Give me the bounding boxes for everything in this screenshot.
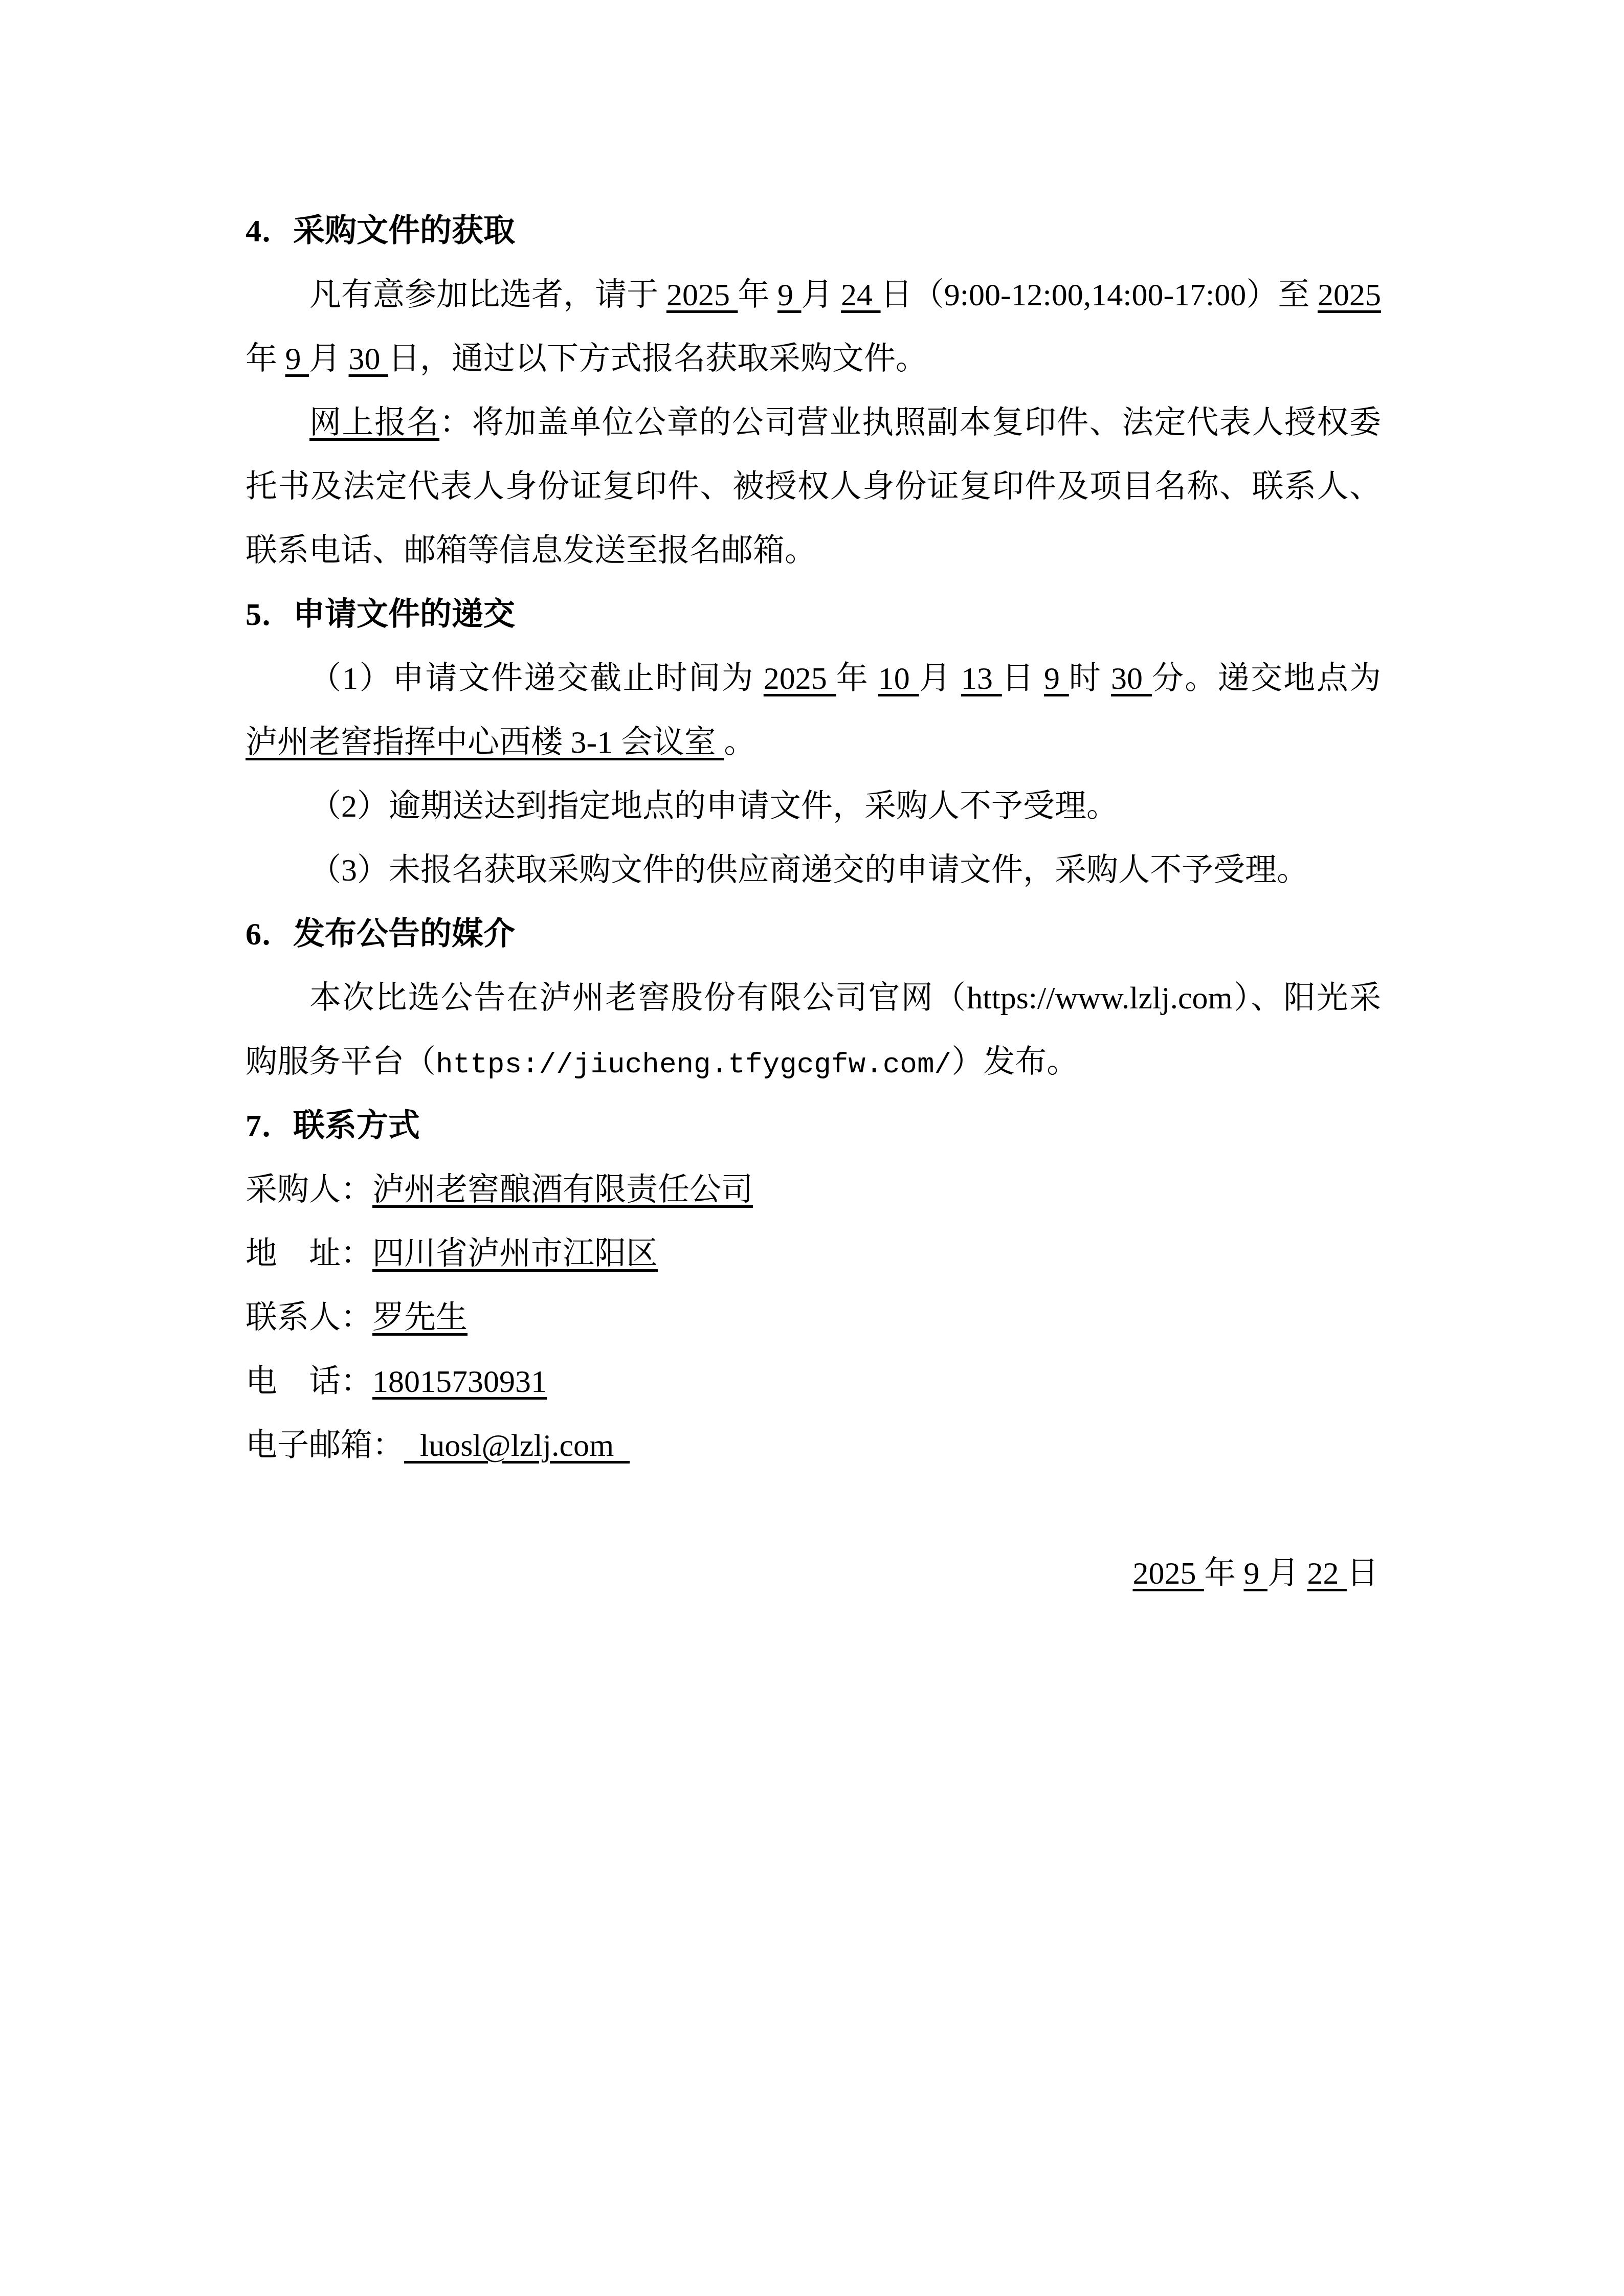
s4-paragraph-2-line-3: 联系电话、邮箱等信息发送至报名邮箱。 (246, 530, 1381, 571)
date-month: 9 (1243, 1556, 1267, 1591)
s5-item-1-line-1: （1）申请文件递交截止时间为 2025 年 10 月 13 日 9 时 30 分… (309, 658, 1381, 699)
s5-item-1-line-2: 泸州老窖指挥中心西楼 3-1 会议室 。 (246, 722, 1381, 763)
section-6-heading: 6．发布公告的媒介 (246, 914, 1381, 955)
section-4-heading: 4．采购文件的获取 (246, 211, 1381, 252)
end-year: 2025 (1318, 278, 1381, 312)
s5-item-3: （3）未报名获取采购文件的供应商递交的申请文件，采购人不予受理。 (309, 850, 1381, 891)
email-link[interactable]: luosl@lzlj.com (404, 1428, 630, 1463)
s4-paragraph-1-line-2: 年 9 月 30 日，通过以下方式报名获取采购文件。 (246, 339, 1381, 379)
contact-address: 地 址：四川省泸州市江阳区 (246, 1233, 1381, 1274)
end-month: 9 (285, 342, 309, 376)
start-month: 9 (777, 278, 802, 312)
text: 年 (738, 278, 777, 312)
s4-paragraph-2-line-1: 网上报名：将加盖单位公章的公司营业执照副本复印件、法定代表人授权委 (309, 402, 1381, 443)
text: （1）申请文件递交截止时间为 (309, 661, 764, 696)
document-date: 2025 年 9 月 22 日 (1132, 1553, 1378, 1594)
contact-label: 电子邮箱： (246, 1428, 404, 1463)
text: 年 (246, 342, 285, 376)
contact-person: 联系人：罗先生 (246, 1297, 1381, 1338)
submission-location: 泸州老窖指挥中心西楼 3-1 会议室 (246, 725, 724, 760)
text: 月 (802, 278, 841, 312)
contact-phone: 电 话：18015730931 (246, 1361, 1381, 1402)
platform-url-link[interactable]: https://jiucheng.tfygcgfw.com/ (436, 1048, 951, 1081)
text: 日 (1347, 1556, 1378, 1591)
date-year: 2025 (1132, 1556, 1204, 1591)
purchaser-name: 泸州老窖酿酒有限责任公司 (372, 1173, 753, 1207)
contact-person-value: 罗先生 (372, 1300, 468, 1335)
text: 分。递交地点为 (1152, 661, 1381, 696)
text: 年 (1204, 1556, 1244, 1591)
text: 月 (1267, 1556, 1307, 1591)
deadline-year: 2025 (764, 661, 836, 696)
text: 凡有意参加比选者，请于 (309, 278, 666, 312)
start-year: 2025 (666, 278, 738, 312)
contact-label: 采购人： (246, 1173, 372, 1207)
deadline-month: 10 (878, 661, 919, 696)
section-5-heading: 5．申请文件的递交 (246, 594, 1381, 635)
contact-label: 电 话： (246, 1364, 372, 1399)
text: ）发布。 (951, 1045, 1078, 1079)
s6-line-2: 购服务平台（https://jiucheng.tfygcgfw.com/）发布。 (246, 1042, 1381, 1083)
s4-paragraph-1-line-1: 凡有意参加比选者，请于 2025 年 9 月 24 日（9:00-12:00,1… (309, 275, 1381, 316)
end-day: 30 (349, 342, 389, 376)
text: 月 (919, 661, 961, 696)
online-registration-label: 网上报名 (309, 406, 439, 440)
contact-purchaser: 采购人：泸州老窖酿酒有限责任公司 (246, 1169, 1381, 1210)
date-day: 22 (1307, 1556, 1347, 1591)
text: 购服务平台（ (246, 1045, 436, 1079)
deadline-minute: 30 (1111, 661, 1152, 696)
start-day: 24 (841, 278, 881, 312)
address-value: 四川省泸州市江阳区 (372, 1236, 658, 1271)
document-page: 4．采购文件的获取 凡有意参加比选者，请于 2025 年 9 月 24 日（9:… (0, 0, 1624, 2296)
phone-value: 18015730931 (372, 1364, 547, 1399)
contact-email: 电子邮箱： luosl@lzlj.com (246, 1425, 1381, 1466)
s4-paragraph-2-line-2: 托书及法定代表人身份证复印件、被授权人身份证复印件及项目名称、联系人、 (246, 466, 1381, 507)
text: 月 (309, 342, 349, 376)
text: 时 (1069, 661, 1111, 696)
deadline-hour: 9 (1044, 661, 1069, 696)
s5-item-2: （2）逾期送达到指定地点的申请文件，采购人不予受理。 (309, 786, 1381, 827)
text: 。 (724, 725, 755, 760)
text: 年 (836, 661, 878, 696)
section-7-heading: 7．联系方式 (246, 1106, 1381, 1146)
text: 日，通过以下方式报名获取采购文件。 (388, 342, 927, 376)
text: ：将加盖单位公章的公司营业执照副本复印件、法定代表人授权委 (439, 406, 1381, 440)
s6-line-1: 本次比选公告在泸州老窖股份有限公司官网（https://www.lzlj.com… (309, 978, 1381, 1019)
text: 日 (1002, 661, 1044, 696)
deadline-day: 13 (961, 661, 1002, 696)
text: 日（9:00-12:00,14:00-17:00）至 (881, 278, 1318, 312)
contact-label: 联系人： (246, 1300, 372, 1335)
contact-label: 地 址： (246, 1236, 372, 1271)
